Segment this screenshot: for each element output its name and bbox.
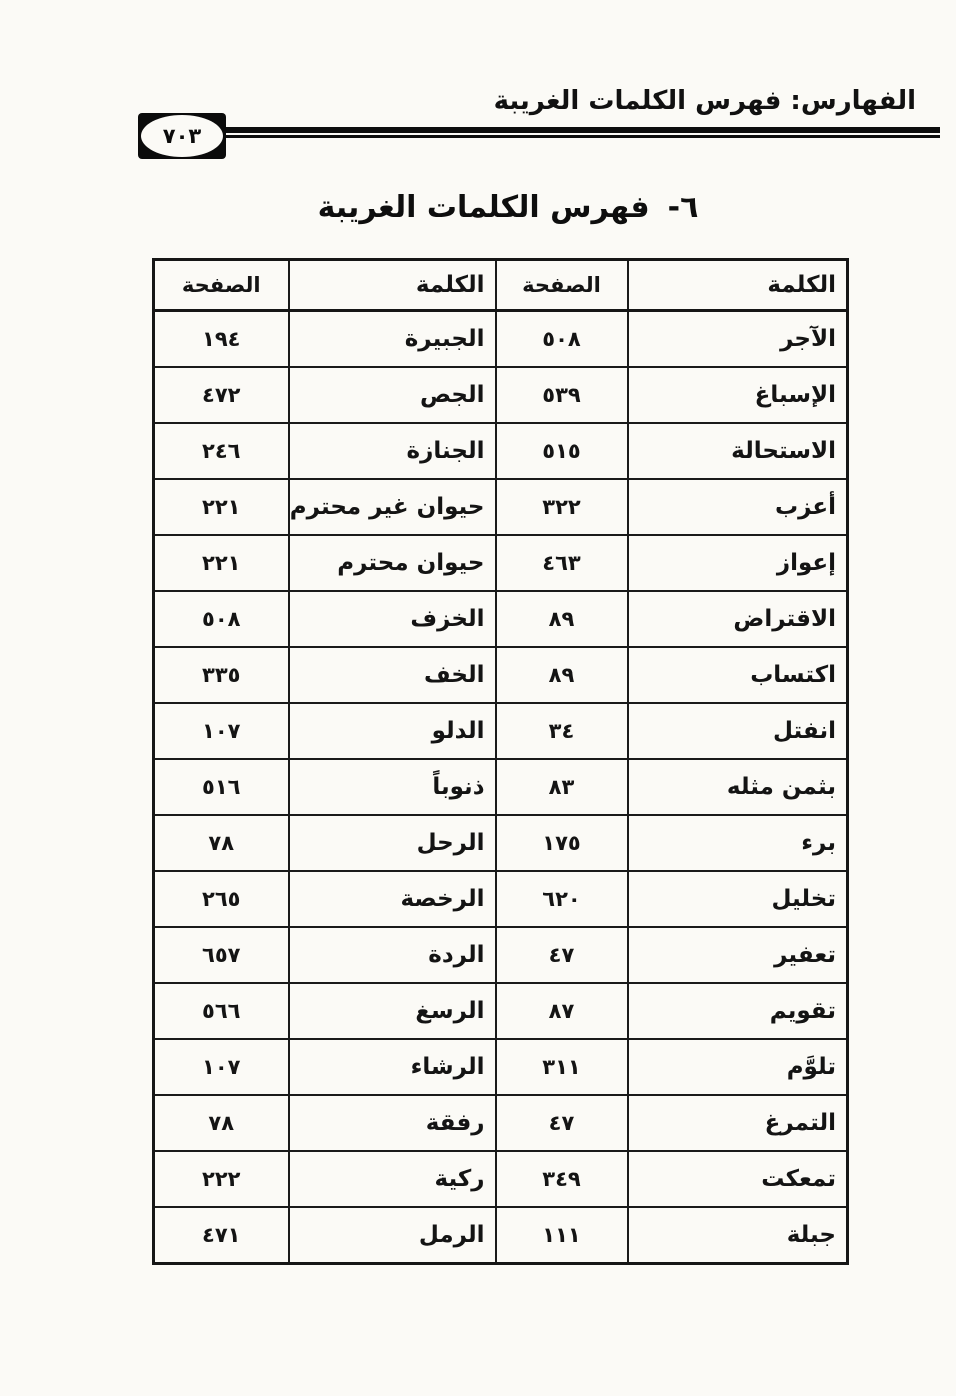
word-cell: الرمل (289, 1207, 496, 1264)
page-cell: ٦٢٠ (496, 871, 628, 927)
word-cell: الجنازة (289, 423, 496, 479)
running-head: الفهارس: فهرس الكلمات الغريبة (494, 86, 916, 116)
page-cell: ٨٧ (496, 983, 628, 1039)
table-row: بثمن مثله٨٣ذنوباً٥١٦ (154, 759, 848, 815)
word-cell: الاقتراض (628, 591, 848, 647)
column-header-page-1: الصفحة (496, 260, 628, 311)
table-row: أعزب٣٢٢حيوان غير محترم٢٢١ (154, 479, 848, 535)
table-row: تعفير٤٧الردة٦٥٧ (154, 927, 848, 983)
table-row: التمرغ٤٧رفقة٧٨ (154, 1095, 848, 1151)
scanned-book-page: الفهارس: فهرس الكلمات الغريبة ٧٠٣ ٦- فهر… (0, 0, 956, 1396)
word-cell: ركية (289, 1151, 496, 1207)
page-cell: ١٠٧ (154, 703, 289, 759)
table-row: الاستحالة٥١٥الجنازة٢٤٦ (154, 423, 848, 479)
word-cell: حيوان غير محترم (289, 479, 496, 535)
page-cell: ٤٧ (496, 927, 628, 983)
word-cell: الرحل (289, 815, 496, 871)
word-cell: الجص (289, 367, 496, 423)
table-header-row: الكلمة الصفحة الكلمة الصفحة (154, 260, 848, 311)
section-title: ٦- فهرس الكلمات الغريبة (60, 190, 956, 225)
page-cell: ٤٧٢ (154, 367, 289, 423)
word-cell: جبلة (628, 1207, 848, 1264)
word-cell: أعزب (628, 479, 848, 535)
word-cell: رفقة (289, 1095, 496, 1151)
page-cell: ٦٥٧ (154, 927, 289, 983)
page-cell: ٣٣٥ (154, 647, 289, 703)
word-cell: تقويم (628, 983, 848, 1039)
word-cell: الخزف (289, 591, 496, 647)
table-row: انفتل٣٤الدلو١٠٧ (154, 703, 848, 759)
page-cell: ٤٧١ (154, 1207, 289, 1264)
table-row: تقويم٨٧الرسغ٥٦٦ (154, 983, 848, 1039)
page-cell: ٢٦٥ (154, 871, 289, 927)
word-cell: ذنوباً (289, 759, 496, 815)
page-cell: ٧٨ (154, 815, 289, 871)
word-cell: الإسباغ (628, 367, 848, 423)
page-cell: ٢٤٦ (154, 423, 289, 479)
word-cell: انفتل (628, 703, 848, 759)
page-cell: ١٠٧ (154, 1039, 289, 1095)
word-cell: الدلو (289, 703, 496, 759)
page-cell: ٢٢٢ (154, 1151, 289, 1207)
table-row: إعواز٤٦٣حيوان محترم٢٢١ (154, 535, 848, 591)
word-cell: الخف (289, 647, 496, 703)
word-cell: الآجر (628, 311, 848, 368)
strange-words-index-table: الكلمة الصفحة الكلمة الصفحة الآجر٥٠٨الجب… (152, 258, 849, 1265)
word-cell: تلوَّم (628, 1039, 848, 1095)
table-row: جبلة١١١الرمل٤٧١ (154, 1207, 848, 1264)
word-cell: الاستحالة (628, 423, 848, 479)
word-cell: بثمن مثله (628, 759, 848, 815)
page-cell: ٣٢٢ (496, 479, 628, 535)
page-cell: ٥١٥ (496, 423, 628, 479)
section-title-text: فهرس الكلمات الغريبة (318, 190, 650, 225)
page-cell: ٧٨ (154, 1095, 289, 1151)
word-cell: الرشاء (289, 1039, 496, 1095)
table-row: اكتساب٨٩الخف٣٣٥ (154, 647, 848, 703)
word-cell: برء (628, 815, 848, 871)
page-cell: ٢٢١ (154, 479, 289, 535)
page-cell: ٤٦٣ (496, 535, 628, 591)
word-cell: تخليل (628, 871, 848, 927)
table-row: تمعكت٣٤٩ركية٢٢٢ (154, 1151, 848, 1207)
column-header-word-2: الكلمة (289, 260, 496, 311)
table-row: الاقتراض٨٩الخزف٥٠٨ (154, 591, 848, 647)
word-cell: الجبيرة (289, 311, 496, 368)
index-table-body: الآجر٥٠٨الجبيرة١٩٤الإسباغ٥٣٩الجص٤٧٢الاست… (154, 311, 848, 1264)
page-number-badge: ٧٠٣ (138, 113, 226, 159)
table-row: الآجر٥٠٨الجبيرة١٩٤ (154, 311, 848, 368)
page-cell: ٥٦٦ (154, 983, 289, 1039)
page-cell: ٥٠٨ (496, 311, 628, 368)
word-cell: تمعكت (628, 1151, 848, 1207)
section-number: ٦- (668, 190, 699, 225)
page-cell: ٥٠٨ (154, 591, 289, 647)
header-double-rule (223, 127, 940, 138)
table-row: برء١٧٥الرحل٧٨ (154, 815, 848, 871)
word-cell: التمرغ (628, 1095, 848, 1151)
word-cell: الرخصة (289, 871, 496, 927)
page-cell: ٢٢١ (154, 535, 289, 591)
page-cell: ٣٤٩ (496, 1151, 628, 1207)
page-cell: ٤٧ (496, 1095, 628, 1151)
word-cell: اكتساب (628, 647, 848, 703)
word-cell: الردة (289, 927, 496, 983)
page-cell: ٥١٦ (154, 759, 289, 815)
word-cell: الرسغ (289, 983, 496, 1039)
column-header-word-1: الكلمة (628, 260, 848, 311)
page-cell: ٣٤ (496, 703, 628, 759)
page-number: ٧٠٣ (141, 115, 223, 157)
word-cell: إعواز (628, 535, 848, 591)
word-cell: حيوان محترم (289, 535, 496, 591)
table-row: تخليل٦٢٠الرخصة٢٦٥ (154, 871, 848, 927)
page-cell: ٨٣ (496, 759, 628, 815)
page-cell: ٥٣٩ (496, 367, 628, 423)
table-row: تلوَّم٣١١الرشاء١٠٧ (154, 1039, 848, 1095)
column-header-page-2: الصفحة (154, 260, 289, 311)
page-cell: ٨٩ (496, 647, 628, 703)
page-cell: ١١١ (496, 1207, 628, 1264)
page-cell: ١٧٥ (496, 815, 628, 871)
word-cell: تعفير (628, 927, 848, 983)
page-cell: ٣١١ (496, 1039, 628, 1095)
table-row: الإسباغ٥٣٩الجص٤٧٢ (154, 367, 848, 423)
page-cell: ١٩٤ (154, 311, 289, 368)
page-cell: ٨٩ (496, 591, 628, 647)
